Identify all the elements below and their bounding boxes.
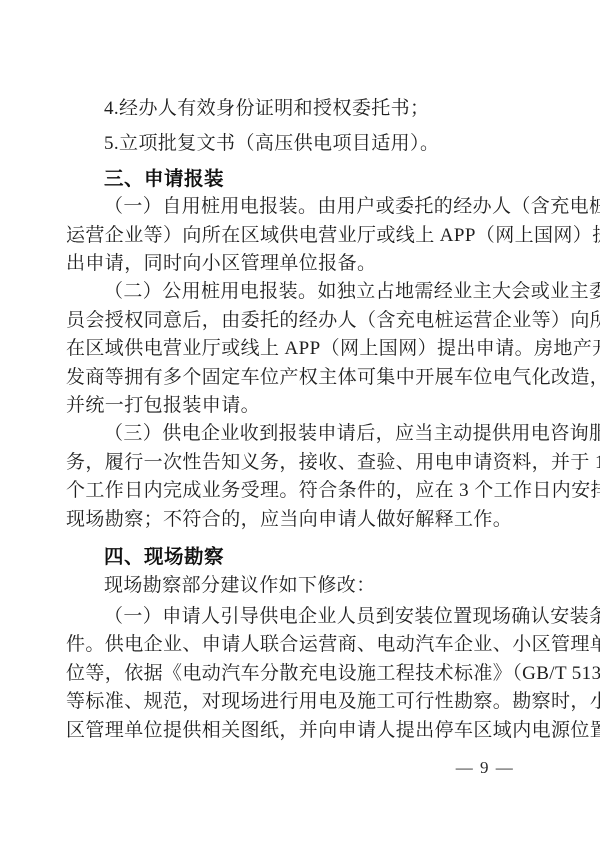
- section-3-heading: 三、申请报装: [66, 165, 540, 193]
- text-line: 现场勘察；不符合的，应当向申请人做好解释工作。: [66, 506, 540, 534]
- text-line: 位等，依据《电动汽车分散充电设施工程技术标准》（GB/T 51313）: [66, 660, 540, 688]
- text-line: 务，履行一次性告知义务，接收、查验、用电申请资料，并于 1: [66, 449, 540, 477]
- numbered-item-5: 5.立项批复文书（高压供电项目适用）。: [66, 130, 540, 158]
- text-line: 并统一打包报装申请。: [66, 392, 540, 420]
- section-4-intro: 现场勘察部分建议作如下修改：: [66, 572, 540, 600]
- text-line: 区管理单位提供相关图纸，并向申请人提出停车区域内电源位置: [66, 717, 540, 745]
- text-line: 在区域供电营业厅或线上 APP（网上国网）提出申请。房地产开: [66, 335, 540, 363]
- text-line: 出申请，同时向小区管理单位报备。: [66, 250, 540, 278]
- text-line: 发商等拥有多个固定车位产权主体可集中开展车位电气化改造，: [66, 364, 540, 392]
- numbered-item-4: 4.经办人有效身份证明和授权委托书；: [66, 95, 540, 123]
- section-3-paragraph-2: （二）公用桩用电报装。如独立占地需经业主大会或业主委 员会授权同意后，由委托的经…: [66, 278, 540, 420]
- text-line: （一）申请人引导供电企业人员到安装位置现场确认安装条: [66, 603, 540, 631]
- text-line: 个工作日内完成业务受理。符合条件的，应在 3 个工作日内安排: [66, 477, 540, 505]
- text-line: 等标准、规范，对现场进行用电及施工可行性勘察。勘察时，小: [66, 688, 540, 716]
- section-4-heading: 四、现场勘察: [66, 543, 540, 571]
- text-line: （一）自用桩用电报装。由用户或委托的经办人（含充电桩: [66, 193, 540, 221]
- section-3-paragraph-1: （一）自用桩用电报装。由用户或委托的经办人（含充电桩 运营企业等）向所在区域供电…: [66, 193, 540, 278]
- document-page: 4.经办人有效身份证明和授权委托书； 5.立项批复文书（高压供电项目适用）。 三…: [0, 0, 600, 848]
- text-line: （二）公用桩用电报装。如独立占地需经业主大会或业主委: [66, 278, 540, 306]
- document-body: 4.经办人有效身份证明和授权委托书； 5.立项批复文书（高压供电项目适用）。 三…: [66, 95, 540, 745]
- text-line: （三）供电企业收到报装申请后，应当主动提供用电咨询服: [66, 420, 540, 448]
- page-number: — 9 —: [435, 756, 535, 780]
- text-line: 运营企业等）向所在区域供电营业厅或线上 APP（网上国网）提: [66, 222, 540, 250]
- text-line: 件。供电企业、申请人联合运营商、电动汽车企业、小区管理单: [66, 631, 540, 659]
- text-line: 员会授权同意后，由委托的经办人（含充电桩运营企业等）向所: [66, 307, 540, 335]
- section-4-paragraph-1: （一）申请人引导供电企业人员到安装位置现场确认安装条 件。供电企业、申请人联合运…: [66, 603, 540, 745]
- section-3-paragraph-3: （三）供电企业收到报装申请后，应当主动提供用电咨询服 务，履行一次性告知义务，接…: [66, 420, 540, 534]
